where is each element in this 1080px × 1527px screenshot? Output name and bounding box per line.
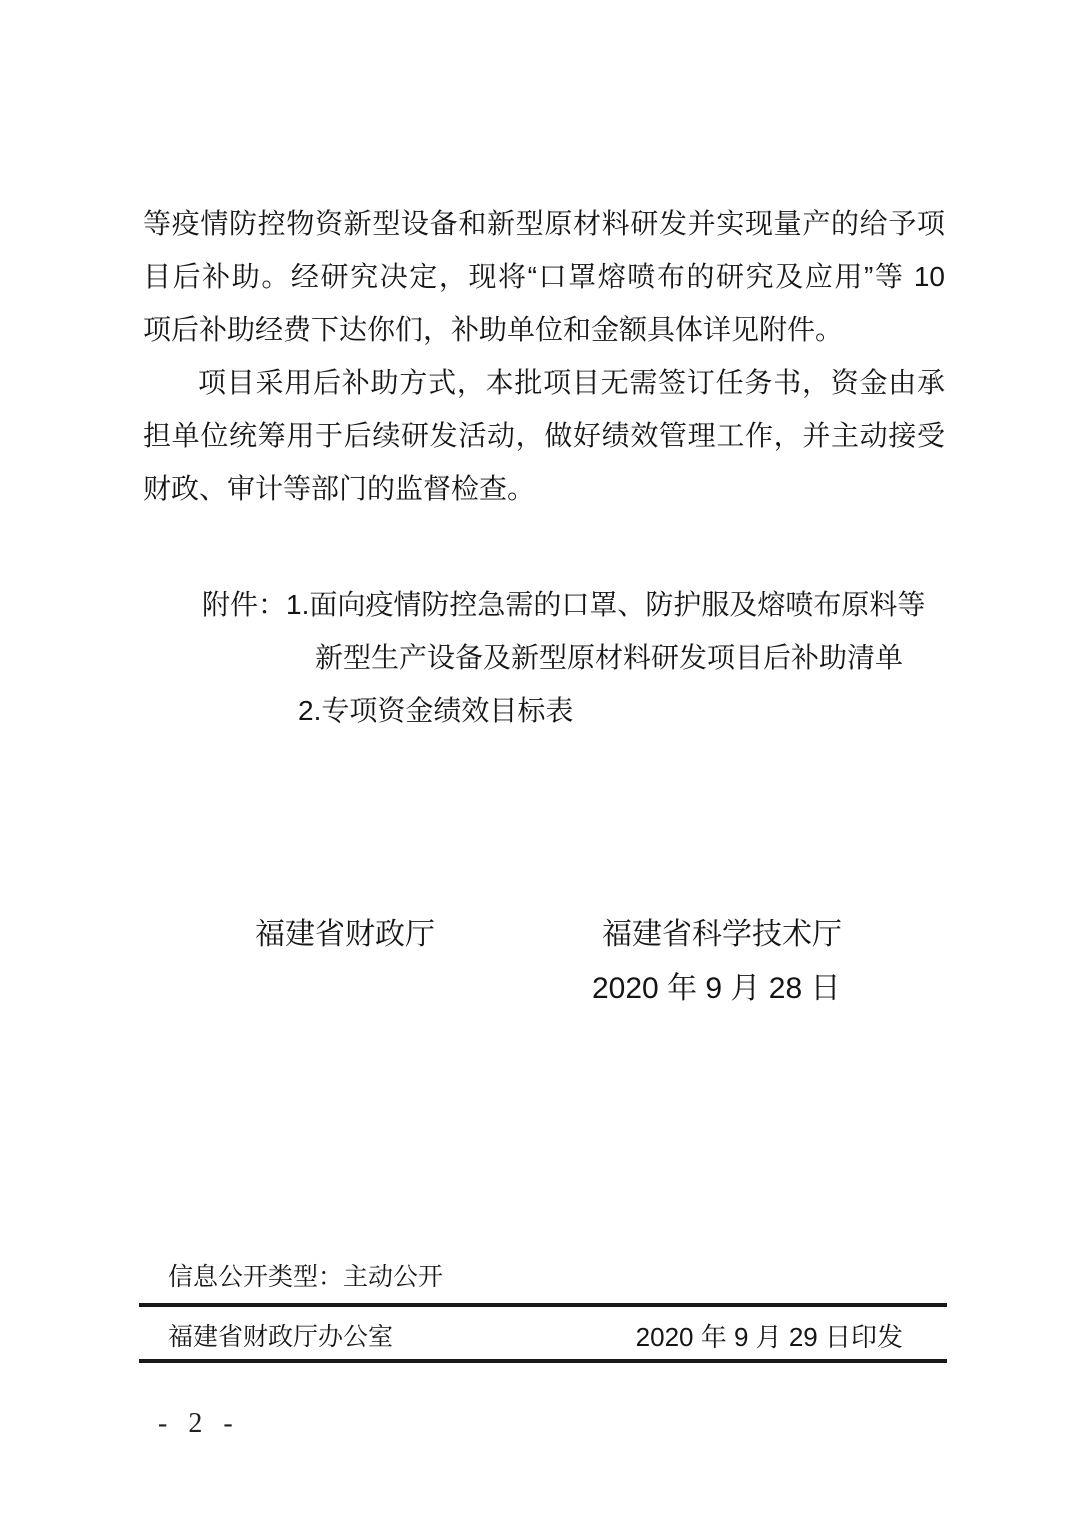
document-page: 等疫情防控物资新型设备和新型原材料研发并实现量产的给予项 目后补助。经研究决定，… — [0, 0, 1080, 1527]
attachment-line: 2.专项资金绩效目标表 — [143, 684, 993, 737]
footer-disclosure-type: 信息公开类型：主动公开 — [168, 1252, 443, 1302]
footer-issuing-office: 福建省财政厅办公室 — [168, 1314, 393, 1360]
body-text-line: 项后补助经费下达你们，补助单位和金额具体详见附件。 — [143, 303, 945, 356]
attachment-line: 新型生产设备及新型原材料研发项目后补助清单 — [143, 631, 993, 684]
body-text-line: 项目采用后补助方式，本批项目无需签订任务书，资金由承 — [143, 356, 945, 409]
signature-org-science: 福建省科学技术厅 — [602, 908, 842, 961]
body-text-line: 财政、审计等部门的监督检查。 — [143, 462, 945, 515]
footer-divider-bottom — [139, 1359, 947, 1363]
body-text-line: 等疫情防控物资新型设备和新型原材料研发并实现量产的给予项 — [143, 197, 945, 250]
signature-date: 2020 年 9 月 28 日 — [592, 962, 840, 1015]
attachment-line: 附件：1.面向疫情防控急需的口罩、防护服及熔喷布原料等 — [143, 578, 993, 631]
body-text-line: 担单位统筹用于后续研发活动，做好绩效管理工作，并主动接受 — [143, 409, 945, 462]
page-number: - 2 - — [158, 1400, 240, 1448]
body-text-line: 目后补助。经研究决定，现将“口罩熔喷布的研究及应用”等 10 — [143, 250, 945, 303]
attachment-list: 附件：1.面向疫情防控急需的口罩、防护服及熔喷布原料等 新型生产设备及新型原材料… — [143, 578, 993, 737]
footer-divider-top — [139, 1303, 947, 1307]
signature-org-finance: 福建省财政厅 — [255, 908, 435, 961]
footer-print-date: 2020 年 9 月 29 日印发 — [636, 1314, 903, 1360]
body-text: 等疫情防控物资新型设备和新型原材料研发并实现量产的给予项 目后补助。经研究决定，… — [143, 197, 945, 515]
